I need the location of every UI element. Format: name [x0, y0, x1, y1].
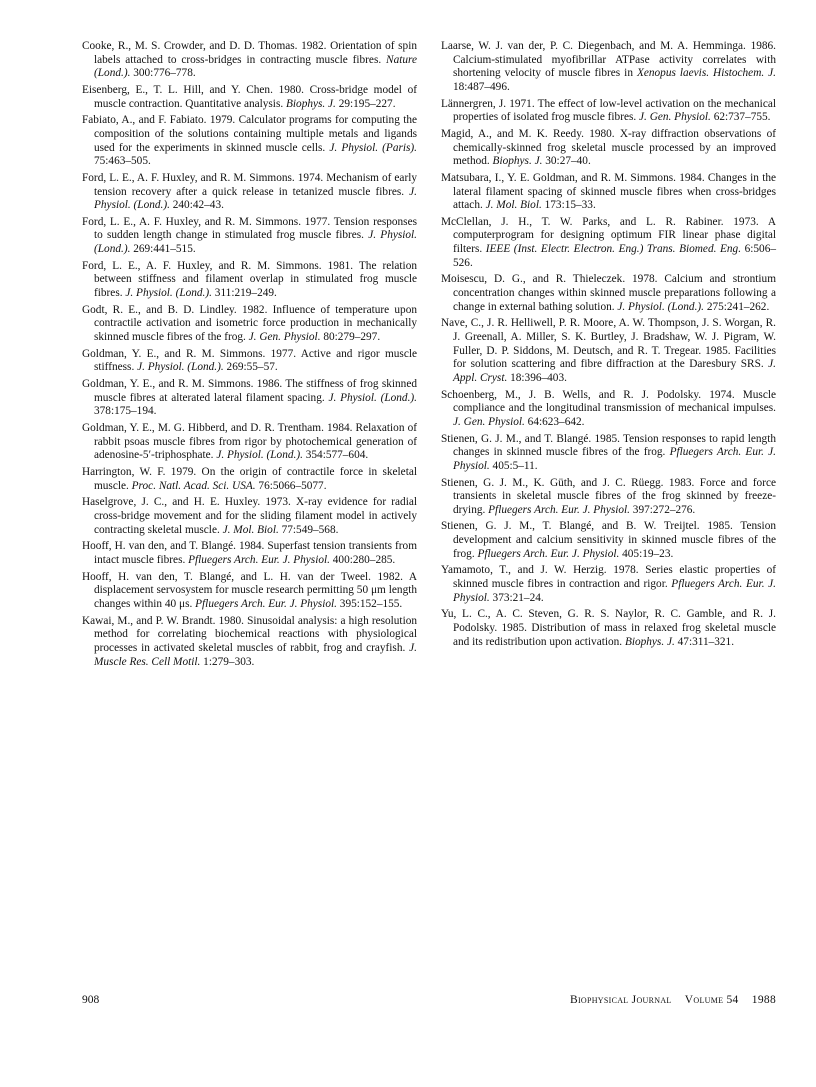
- reference-journal: J. Mol. Biol.: [223, 524, 279, 536]
- reference-volume-pages: 269:441–515.: [130, 243, 195, 255]
- reference-volume-pages: 80:279–297.: [321, 331, 381, 343]
- reference-entry: Yu, L. C., A. C. Steven, G. R. S. Naylor…: [441, 608, 776, 649]
- reference-volume-pages: 173:15–33.: [542, 199, 596, 211]
- reference-entry: Goldman, Y. E., M. G. Hibberd, and D. R.…: [82, 422, 417, 463]
- reference-text: Schoenberg, M., J. B. Wells, and R. J. P…: [441, 389, 776, 415]
- reference-journal: Pfluegers Arch. Eur. J. Physiol.: [195, 598, 337, 610]
- reference-volume-pages: 400:280–285.: [330, 554, 395, 566]
- reference-volume-pages: 30:27–40.: [542, 155, 590, 167]
- reference-journal: Proc. Natl. Acad. Sci. USA.: [132, 480, 256, 492]
- reference-entry: Laarse, W. J. van der, P. C. Diegenbach,…: [441, 40, 776, 94]
- reference-journal: Biophys. J.: [286, 98, 336, 110]
- reference-journal: J. Physiol. (Paris).: [329, 142, 417, 154]
- reference-entry: Hooff, H. van den, and T. Blangé. 1984. …: [82, 540, 417, 567]
- reference-journal: Pfluegers Arch. Eur. J. Physiol.: [477, 548, 619, 560]
- reference-journal: J. Gen. Physiol.: [453, 416, 525, 428]
- reference-journal: J. Physiol. (Lond.).: [617, 301, 704, 313]
- reference-volume-pages: 18:487–496.: [453, 81, 510, 93]
- reference-volume-pages: 397:272–276.: [630, 504, 695, 516]
- reference-volume-pages: 405:19–23.: [619, 548, 673, 560]
- reference-journal: Biophys. J.: [625, 636, 675, 648]
- reference-entry: Goldman, Y. E., and R. M. Simmons. 1977.…: [82, 348, 417, 375]
- reference-entry: Stienen, G. J. M., and T. Blangé. 1985. …: [441, 433, 776, 474]
- reference-volume-pages: 311:219–249.: [212, 287, 277, 299]
- reference-volume-pages: 47:311–321.: [675, 636, 734, 648]
- reference-volume-pages: 378:175–194.: [94, 405, 156, 417]
- reference-journal: IEEE (Inst. Electr. Electron. Eng.) Tran…: [486, 243, 741, 255]
- reference-journal: J. Physiol. (Lond.).: [216, 449, 303, 461]
- reference-text: Kawai, M., and P. W. Brandt. 1980. Sinus…: [82, 615, 417, 654]
- reference-entry: Fabiato, A., and F. Fabiato. 1979. Calcu…: [82, 114, 417, 168]
- reference-journal: J. Physiol. (Lond.).: [125, 287, 212, 299]
- reference-entry: Lännergren, J. 1971. The effect of low-l…: [441, 98, 776, 125]
- reference-entry: Ford, L. E., A. F. Huxley, and R. M. Sim…: [82, 172, 417, 213]
- journal-citation: Biophysical Journal Volume 54 1988: [570, 994, 776, 1006]
- reference-journal: J. Gen. Physiol.: [249, 331, 321, 343]
- reference-entry: Goldman, Y. E., and R. M. Simmons. 1986.…: [82, 378, 417, 419]
- reference-volume-pages: 18:396–403.: [507, 372, 567, 384]
- page-footer: 908 Biophysical Journal Volume 54 1988: [82, 994, 776, 1006]
- reference-journal: J. Mol. Biol.: [486, 199, 542, 211]
- journal-volume: Volume 54: [685, 994, 739, 1006]
- reference-volume-pages: 275:241–262.: [704, 301, 769, 313]
- reference-volume-pages: 62:737–755.: [711, 111, 771, 123]
- journal-year: 1988: [752, 994, 776, 1006]
- reference-entry: Harrington, W. F. 1979. On the origin of…: [82, 466, 417, 493]
- reference-entry: Kawai, M., and P. W. Brandt. 1980. Sinus…: [82, 615, 417, 669]
- reference-entry: Yamamoto, T., and J. W. Herzig. 1978. Se…: [441, 564, 776, 605]
- reference-entry: Godt, R. E., and B. D. Lindley. 1982. In…: [82, 304, 417, 345]
- reference-entry: McClellan, J. H., T. W. Parks, and L. R.…: [441, 216, 776, 270]
- reference-volume-pages: 1:279–303.: [200, 656, 254, 668]
- reference-journal: Pfluegers Arch. Eur. J. Physiol.: [188, 554, 330, 566]
- reference-volume-pages: 29:195–227.: [336, 98, 396, 110]
- reference-volume-pages: 405:5–11.: [490, 460, 538, 472]
- reference-entry: Ford, L. E., A. F. Huxley, and R. M. Sim…: [82, 216, 417, 257]
- reference-text: Ford, L. E., A. F. Huxley, and R. M. Sim…: [82, 216, 417, 242]
- reference-volume-pages: 240:42–43.: [170, 199, 224, 211]
- reference-volume-pages: 395:152–155.: [337, 598, 402, 610]
- reference-volume-pages: 75:463–505.: [94, 155, 151, 167]
- reference-volume-pages: 269:55–57.: [224, 361, 278, 373]
- reference-volume-pages: 373:21–24.: [490, 592, 544, 604]
- reference-text: Cooke, R., M. S. Crowder, and D. D. Thom…: [82, 40, 417, 66]
- reference-journal: J. Physiol. (Lond.).: [137, 361, 224, 373]
- reference-volume-pages: 76:5066–5077.: [256, 480, 327, 492]
- reference-entry: Stienen, G. J. M., T. Blangé, and B. W. …: [441, 520, 776, 561]
- reference-entry: Nave, C., J. R. Helliwell, P. R. Moore, …: [441, 317, 776, 385]
- reference-entry: Matsubara, I., Y. E. Goldman, and R. M. …: [441, 172, 776, 213]
- reference-journal: Pfluegers Arch. Eur. J. Physiol.: [488, 504, 630, 516]
- reference-journal: Xenopus laevis. Histochem. J.: [637, 67, 776, 79]
- reference-entry: Schoenberg, M., J. B. Wells, and R. J. P…: [441, 389, 776, 430]
- reference-volume-pages: 300:776–778.: [130, 67, 195, 79]
- reference-entry: Magid, A., and M. K. Reedy. 1980. X-ray …: [441, 128, 776, 169]
- reference-entry: Cooke, R., M. S. Crowder, and D. D. Thom…: [82, 40, 417, 81]
- reference-journal: J. Gen. Physiol.: [639, 111, 711, 123]
- page-number: 908: [82, 994, 99, 1006]
- reference-journal: Biophys. J.: [493, 155, 543, 167]
- reference-entry: Hooff, H. van den, T. Blangé, and L. H. …: [82, 571, 417, 612]
- reference-text: Nave, C., J. R. Helliwell, P. R. Moore, …: [441, 317, 776, 370]
- reference-volume-pages: 354:577–604.: [303, 449, 368, 461]
- reference-volume-pages: 64:623–642.: [525, 416, 585, 428]
- reference-journal: J. Physiol. (Lond.).: [328, 392, 417, 404]
- journal-name: Biophysical Journal: [570, 994, 672, 1006]
- reference-entry: Eisenberg, E., T. L. Hill, and Y. Chen. …: [82, 84, 417, 111]
- references-column-left: Cooke, R., M. S. Crowder, and D. D. Thom…: [82, 40, 417, 672]
- reference-text: Magid, A., and M. K. Reedy. 1980. X-ray …: [441, 128, 776, 167]
- reference-entry: Stienen, G. J. M., K. Güth, and J. C. Rü…: [441, 477, 776, 518]
- reference-entry: Moisescu, D. G., and R. Thieleczek. 1978…: [441, 273, 776, 314]
- reference-entry: Haselgrove, J. C., and H. E. Huxley. 197…: [82, 496, 417, 537]
- reference-text: Ford, L. E., A. F. Huxley, and R. M. Sim…: [82, 172, 417, 198]
- reference-entry: Ford, L. E., A. F. Huxley, and R. M. Sim…: [82, 260, 417, 301]
- references-column-right: Laarse, W. J. van der, P. C. Diegenbach,…: [441, 40, 776, 652]
- reference-volume-pages: 77:549–568.: [279, 524, 339, 536]
